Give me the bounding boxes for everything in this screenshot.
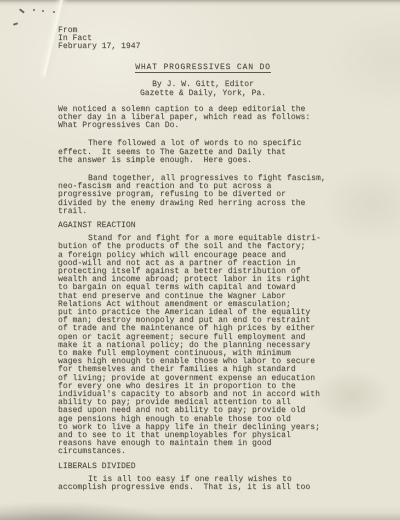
document-title: WHAT PROGRESSIVES CAN DO [135,64,271,74]
byline-publication: Gazette & Daily, York, Pa. [58,90,348,98]
source-line-from: From [58,27,358,35]
source-line-date: February 17, 1947 [58,43,358,51]
scanned-document-page: From In Fact February 17, 1947 WHAT PROG… [0,0,400,520]
text-line: circumstances. [58,448,358,456]
paragraph: Stand for and fight for a more equitable… [58,235,358,456]
section-heading: AGAINST REACTION [58,222,358,230]
text-line: divided by the enemy drawing Red herring… [58,200,358,208]
document-title-row: WHAT PROGRESSIVES CAN DO [58,64,348,74]
pencil-dot-mark [33,9,35,11]
pencil-dot-mark [53,11,55,13]
paragraph: It is all too easy if one really wishes … [58,476,358,492]
pencil-dot-mark [42,10,44,12]
paragraph: Band together, all progressives to fight… [58,175,358,216]
paragraph: There followed a lot of words to no spec… [58,140,358,165]
pencil-dash-mark [13,22,18,25]
byline: By J. W. Gitt, Editor Gazette & Daily, Y… [58,81,348,97]
pencil-slash-mark [19,8,25,13]
section-heading: LIBERALS DIVIDED [58,463,358,471]
text-line: the answer is simple enough. Here goes. [58,157,358,165]
source-header: From In Fact February 17, 1947 [58,27,358,52]
text-line: accomplish progressive ends. That is, it… [58,484,358,492]
document-body: We noticed a solemn caption to a deep ed… [58,106,358,493]
paragraph: We noticed a solemn caption to a deep ed… [58,106,358,131]
text-line: What Progressives Can Do. [58,122,358,130]
text-line: trail. [58,208,358,216]
document-text-column: From In Fact February 17, 1947 WHAT PROG… [58,27,358,492]
